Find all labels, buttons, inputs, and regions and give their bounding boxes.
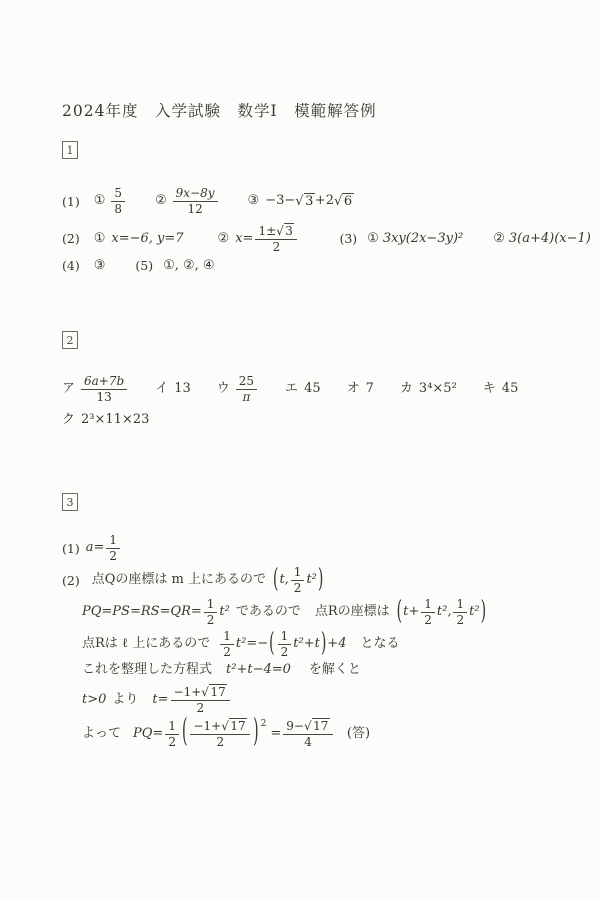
- left-paren: (: [182, 714, 187, 753]
- answer-row-2-2: ク 2³×11×23: [62, 412, 149, 428]
- denominator: 2: [454, 613, 466, 628]
- answer-row-3-3: PQ=PS=RS=QR= 1 2 t² であるので 点Rの座標は ( t+ 1 …: [82, 597, 487, 628]
- answer-row-3-5: これを整理した方程式 t²+t−4=0 を解くと: [82, 662, 361, 678]
- jp-text: より: [112, 692, 138, 708]
- numerator-pre: 9−: [286, 719, 304, 734]
- fraction: 1 2: [106, 533, 120, 564]
- denominator: π: [240, 390, 252, 405]
- fraction: 1 2: [278, 629, 292, 660]
- radical: √17: [221, 718, 247, 734]
- jp-text: を解くと: [309, 662, 361, 678]
- fraction: 1 2: [204, 597, 218, 628]
- numerator: 9x−8y: [176, 186, 215, 201]
- item-value: 13: [174, 381, 191, 397]
- radical-sign: √: [221, 719, 229, 734]
- term: −3−: [265, 193, 295, 209]
- denominator: 2: [214, 735, 226, 750]
- item-value: 2³×11×23: [81, 412, 149, 428]
- question-label: (2): [62, 573, 80, 589]
- question-label: (1): [62, 541, 80, 557]
- section-3-box: 3: [62, 493, 78, 511]
- denominator: 8: [112, 202, 124, 217]
- denominator: 2: [292, 581, 304, 596]
- item-value: 3⁴×5²: [419, 381, 457, 397]
- numerator-pre: −1+: [174, 685, 202, 700]
- answer-row-1-1: (1) ① 5 8 ② 9x−8y 12 ③ −3− √3 +2 √6: [62, 186, 354, 217]
- circled-number: ②: [155, 193, 167, 209]
- coordinate-pair: ( t, 1 2 t² ): [272, 565, 324, 596]
- right-paren: ): [318, 564, 323, 597]
- right-paren: ): [321, 628, 326, 661]
- term: t²,: [437, 604, 452, 620]
- denominator: 13: [94, 390, 113, 405]
- section-2-box: 2: [62, 331, 78, 349]
- denominator: 2: [195, 701, 207, 716]
- math-expression: 3xy(2x−3y)²: [383, 231, 463, 247]
- term: t+: [403, 604, 419, 620]
- circled-number-list: ①, ②, ④: [163, 258, 215, 274]
- equals-sign: =: [270, 726, 281, 742]
- circled-number: ③: [94, 258, 106, 274]
- radicand: 17: [209, 684, 227, 700]
- answer-row-3-7: よって PQ= 1 2 ( −1+√17 2 ) 2 = 9−√17 4 (答): [82, 718, 370, 750]
- radicand: 3: [304, 193, 315, 210]
- fraction: 1 2: [291, 565, 305, 596]
- radicand: 3: [284, 223, 295, 239]
- item-key: キ: [483, 381, 496, 397]
- coordinate-pair: ( t+ 1 2 t², 1 2 t² ): [396, 597, 487, 628]
- item-value: 45: [502, 381, 519, 397]
- item-key: ク: [62, 412, 75, 428]
- circled-number: ③: [248, 193, 260, 209]
- radical: √6: [334, 193, 354, 210]
- item-key: ア: [62, 381, 75, 397]
- numerator: 25: [239, 374, 254, 389]
- radical: √17: [304, 718, 330, 734]
- term: t²=−: [236, 636, 268, 652]
- fraction: 25 π: [236, 374, 257, 405]
- term: x=: [235, 231, 253, 247]
- term: t²: [469, 604, 479, 620]
- fraction: 1 2: [421, 597, 435, 628]
- math-expression: 3(a+4)(x−1): [509, 231, 591, 247]
- circled-number: ①: [94, 231, 106, 247]
- numerator: 1: [168, 719, 176, 734]
- jp-text: 点Qの座標は m 上にあるので: [92, 572, 266, 588]
- item-value: 7: [366, 381, 374, 397]
- term: t,: [279, 572, 288, 588]
- item-key: イ: [155, 381, 168, 397]
- denominator: 2: [279, 645, 291, 660]
- numerator: 1: [207, 597, 215, 612]
- denominator: 4: [302, 735, 314, 750]
- jp-text: 点Rは ℓ 上にあるので: [82, 636, 210, 652]
- math-expression: −3− √3 +2 √6: [265, 193, 353, 210]
- radical-sign: √: [201, 685, 209, 700]
- answer-row-1-3: (4) ③ (5) ①, ②, ④: [62, 258, 215, 274]
- question-label: (5): [135, 258, 153, 274]
- radicand: 6: [342, 193, 353, 210]
- term: t²: [306, 572, 316, 588]
- denominator: 2: [422, 613, 434, 628]
- numerator: 1: [281, 629, 289, 644]
- answer-marker: (答): [347, 726, 370, 742]
- numerator: 1: [294, 565, 302, 580]
- denominator: 2: [107, 549, 119, 564]
- item-key: オ: [347, 381, 360, 397]
- fraction: 5 8: [111, 186, 125, 217]
- numerator-pre: 1±: [258, 224, 276, 239]
- jp-text: 点Rの座標は: [315, 604, 390, 620]
- question-label: (3): [339, 231, 357, 247]
- right-paren: ): [253, 714, 258, 753]
- item-key: ウ: [217, 381, 230, 397]
- fraction: −1+√17 2: [171, 684, 231, 716]
- jp-text: であるので: [236, 604, 301, 620]
- question-label: (2): [62, 231, 80, 247]
- question-label: (1): [62, 194, 80, 210]
- left-paren: (: [273, 564, 278, 597]
- radical-sign: √: [304, 719, 312, 734]
- fraction: 9−√17 4: [283, 718, 333, 750]
- radical: √3: [276, 223, 294, 239]
- numerator: 6a+7b: [84, 374, 124, 389]
- radical-sign: √: [295, 194, 303, 210]
- numerator: 1: [223, 629, 231, 644]
- radical-sign: √: [276, 224, 284, 239]
- answer-row-3-4: 点Rは ℓ 上にあるので 1 2 t²=− ( 1 2 t²+t ) +4 とな…: [82, 629, 399, 660]
- numerator: 5: [114, 186, 122, 201]
- fraction: 6a+7b 13: [81, 374, 127, 405]
- radical: √3: [295, 193, 315, 210]
- term: +2: [315, 193, 334, 209]
- answer-row-2-1: ア 6a+7b 13 イ 13 ウ 25 π エ 45 オ 7 カ 3⁴×5² …: [62, 374, 518, 405]
- radicand: 17: [229, 718, 247, 734]
- term: PQ=: [133, 726, 163, 742]
- fraction: 1 2: [165, 719, 179, 750]
- circled-number: ①: [94, 193, 106, 209]
- math-expression: t²+t−4=0: [226, 662, 291, 678]
- fraction: −1+√17 2: [190, 718, 250, 750]
- term: t²: [219, 604, 229, 620]
- left-paren: (: [397, 596, 402, 629]
- exponent: 2: [261, 719, 267, 730]
- numerator: 1: [109, 533, 117, 548]
- section-1-box: 1: [62, 141, 78, 159]
- circled-number: ②: [493, 231, 505, 247]
- answer-row-3-2: (2) 点Qの座標は m 上にあるので ( t, 1 2 t² ): [62, 565, 324, 596]
- term: a=: [86, 540, 105, 556]
- numerator-pre: −1+: [193, 719, 221, 734]
- circled-number: ②: [218, 231, 230, 247]
- radicand: 17: [312, 718, 330, 734]
- jp-text: となる: [360, 636, 399, 652]
- left-paren: (: [269, 628, 274, 661]
- item-key: カ: [400, 381, 413, 397]
- exam-title: 2024年度 入学試験 数学Ⅰ 模範解答例: [62, 99, 377, 121]
- math-expression: t>0: [82, 692, 106, 708]
- numerator: 1: [424, 597, 432, 612]
- item-key: エ: [285, 381, 298, 397]
- denominator: 2: [221, 645, 233, 660]
- right-paren: ): [481, 596, 486, 629]
- fraction: 1 2: [220, 629, 234, 660]
- term: +4: [327, 636, 346, 652]
- answer-row-3-1: (1) a= 1 2: [62, 533, 122, 564]
- term: t=: [152, 692, 168, 708]
- question-label: (4): [62, 258, 80, 274]
- radical-sign: √: [334, 194, 342, 210]
- denominator: 12: [185, 202, 204, 217]
- fraction: 1 2: [453, 597, 467, 628]
- math-expression: PQ=PS=RS=QR=: [82, 604, 202, 620]
- item-value: 45: [304, 381, 321, 397]
- term: t²+t: [293, 636, 320, 652]
- jp-text: よって: [82, 726, 121, 742]
- fraction: 1±√3 2: [255, 223, 297, 255]
- radical: √17: [201, 684, 227, 700]
- numerator: 1: [456, 597, 464, 612]
- math-expression: x=−6, y=7: [111, 231, 183, 247]
- circled-number: ①: [367, 231, 379, 247]
- scanned-answer-sheet: 2024年度 入学試験 数学Ⅰ 模範解答例 1 (1) ① 5 8 ② 9x−8…: [0, 0, 600, 900]
- jp-text: これを整理した方程式: [82, 662, 212, 678]
- denominator: 2: [271, 240, 283, 255]
- math-expression: x= 1±√3 2: [235, 223, 299, 255]
- fraction: 9x−8y 12: [173, 186, 218, 217]
- answer-row-1-2: (2) ① x=−6, y=7 ② x= 1±√3 2 (3) ① 3xy(2x…: [62, 223, 591, 255]
- denominator: 2: [205, 613, 217, 628]
- answer-row-3-6: t>0 より t= −1+√17 2: [82, 684, 232, 716]
- denominator: 2: [166, 735, 178, 750]
